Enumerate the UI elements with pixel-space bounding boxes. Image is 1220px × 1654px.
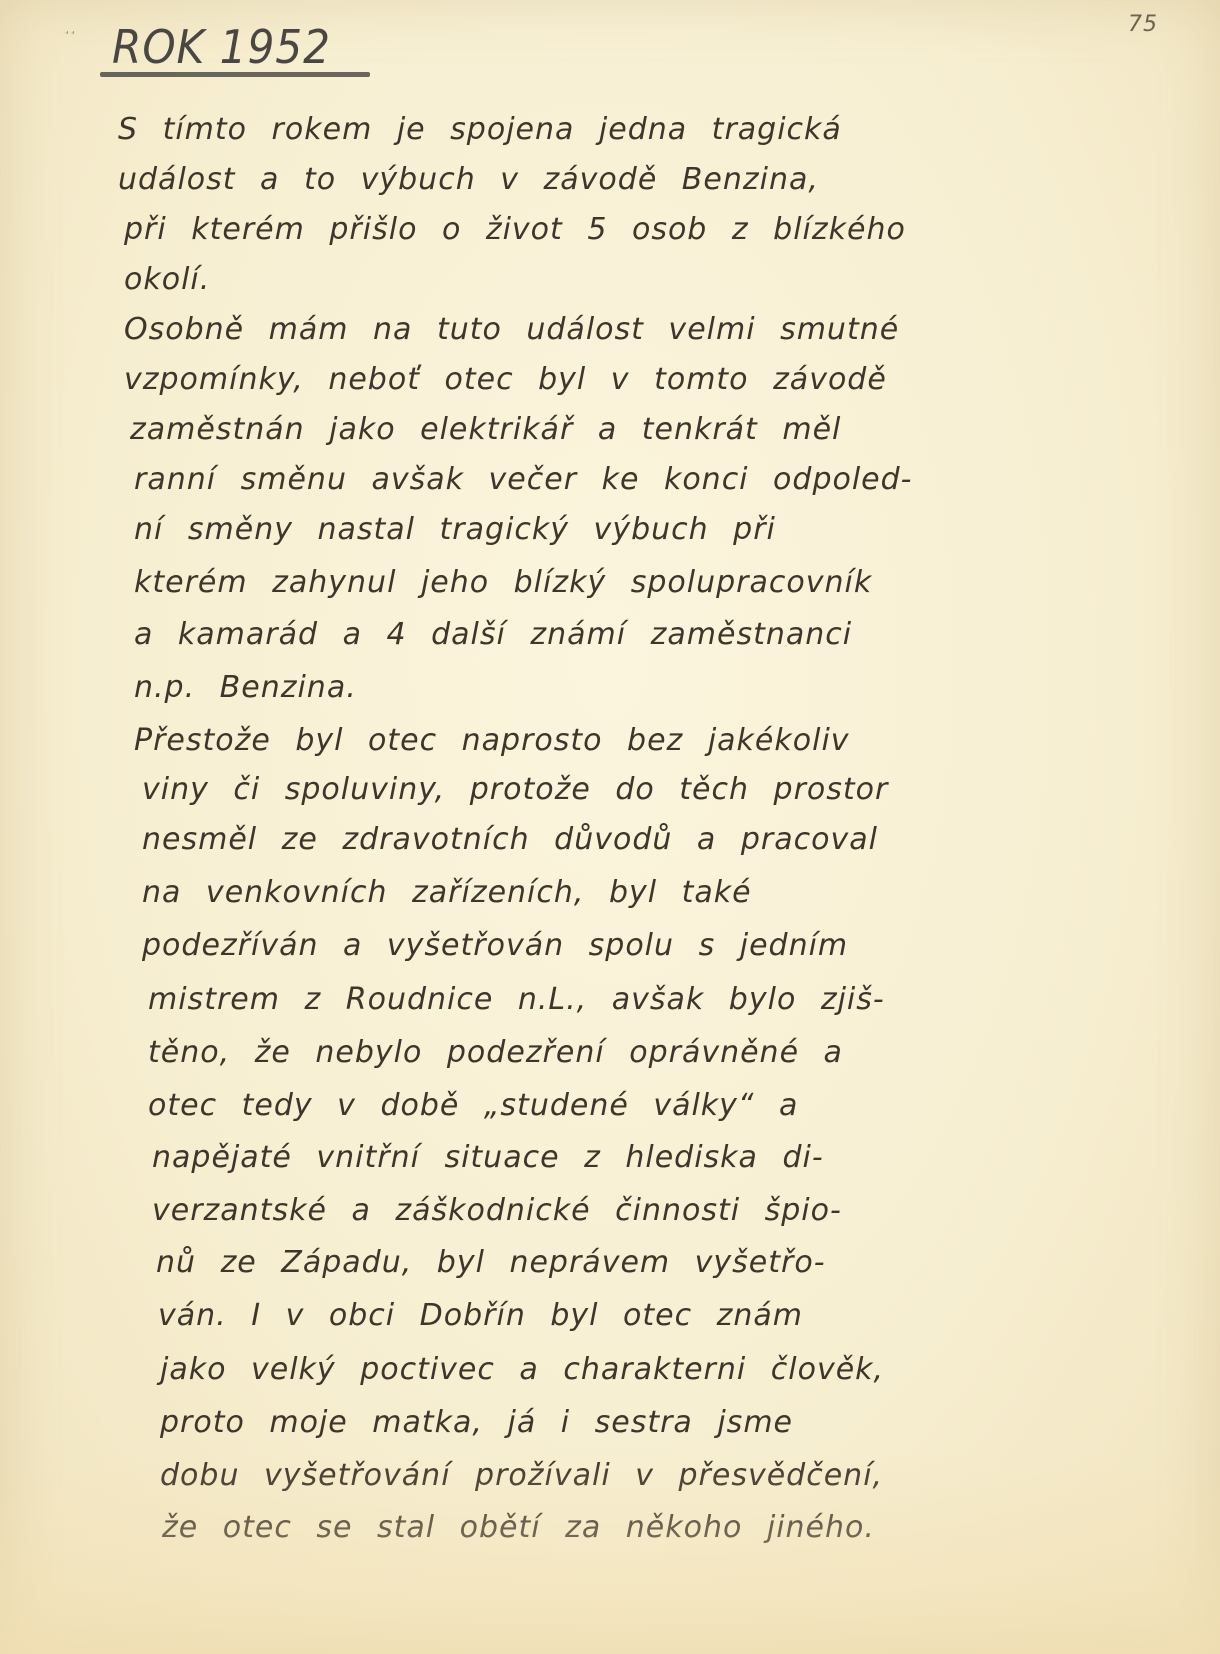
text-line: viny či spoluviny, protože do těch prost…	[142, 772, 888, 807]
text-line: vzpomínky, neboť otec byl v tomto závodě	[124, 362, 887, 397]
text-line: S tímto rokem je spojena jedna tragická	[118, 112, 842, 147]
text-line: verzantské a záškodnické činnosti špio-	[152, 1193, 842, 1228]
text-line: proto moje matka, já i sestra jsme	[160, 1405, 793, 1440]
text-line: napějaté vnitřní situace z hlediska di-	[152, 1140, 824, 1175]
corner-mark: ¸¸	[64, 20, 76, 34]
text-line: na venkovních zařízeních, byl také	[142, 875, 752, 910]
text-line: otec tedy v době „studené války“ a	[148, 1088, 798, 1123]
text-line: že otec se stal obětí za někoho jiného.	[162, 1510, 875, 1545]
title-underline	[100, 72, 370, 77]
text-line: událost a to výbuch v závodě Benzina,	[118, 162, 819, 197]
page-number: 75	[1128, 12, 1158, 37]
text-line: okolí.	[124, 262, 210, 297]
text-line: Osobně mám na tuto událost velmi smutné	[124, 312, 899, 347]
page-title: ROK 1952	[112, 20, 331, 74]
text-line: Přestože byl otec naprosto bez jakékoliv	[134, 723, 850, 758]
text-line: dobu vyšetřování prožívali v přesvědčení…	[160, 1458, 883, 1493]
text-line: mistrem z Roudnice n.L., avšak bylo zjiš…	[148, 982, 885, 1017]
text-line: zaměstnán jako elektrikář a tenkrát měl	[130, 412, 841, 447]
handwritten-page: ¸¸ 75 ROK 1952 S tímto rokem je spojena …	[0, 0, 1220, 1654]
text-line: ván. I v obci Dobřín byl otec znám	[158, 1298, 803, 1333]
text-line: a kamarád a 4 další známí zaměstnanci	[134, 617, 852, 652]
text-line: jako velký poctivec a charakterni člověk…	[160, 1352, 884, 1387]
text-line: při kterém přišlo o život 5 osob z blízk…	[124, 212, 906, 247]
text-line: n.p. Benzina.	[134, 670, 357, 705]
text-line: podezříván a vyšetřován spolu s jedním	[142, 928, 848, 963]
text-line: nů ze Západu, byl neprávem vyšetřo-	[156, 1245, 826, 1280]
text-line: nesměl ze zdravotních důvodů a pracoval	[142, 822, 878, 857]
text-line: ranní směnu avšak večer ke konci odpoled…	[134, 462, 913, 497]
text-line: těno, že nebylo podezření oprávněné a	[148, 1035, 843, 1070]
text-line: ní směny nastal tragický výbuch při	[134, 512, 776, 547]
text-line: kterém zahynul jeho blízký spolupracovní…	[134, 565, 872, 600]
